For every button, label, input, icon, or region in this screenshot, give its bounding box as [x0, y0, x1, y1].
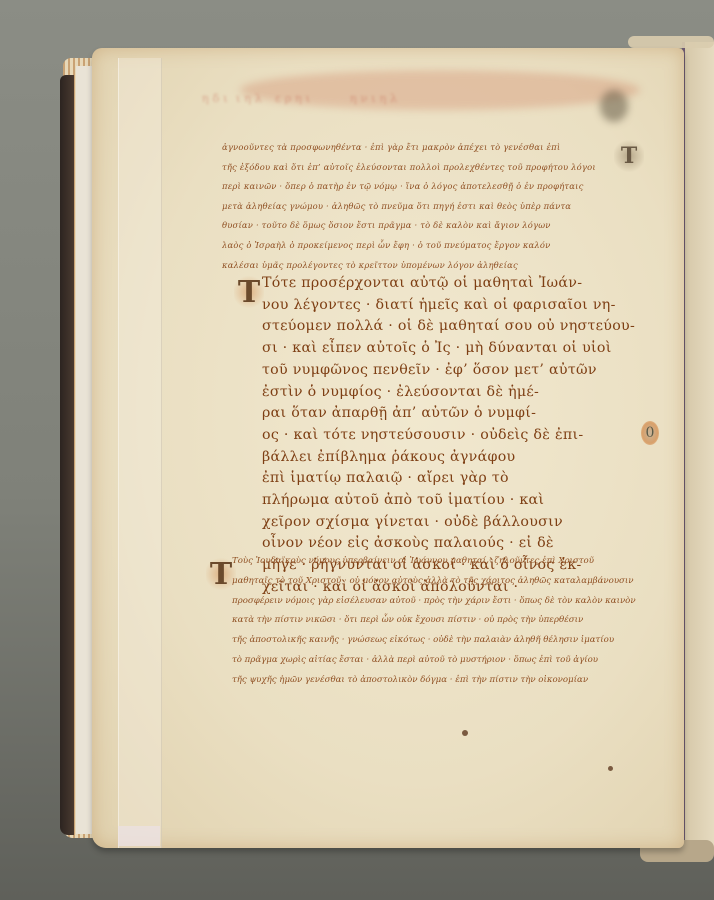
- commentary-line: μετὰ ἀληθείας γνώμου · ἀληθῶς τὸ πνεῦμα …: [222, 197, 642, 217]
- text-line: ἐστὶν ὁ νυμφίος · ἐλεύσονται δὲ ἡμέ-: [262, 382, 642, 404]
- text-line: ος · καὶ τότε νηστεύσουσιν · οὐδεὶς δὲ ἐ…: [262, 425, 642, 447]
- commentary-line: μαθηταῖς τὸ τοῦ Χριστοῦ · οὐ μόνον αὐτοὺ…: [232, 572, 662, 592]
- text-line: νου λέγοντες · διατί ἡμεῖς καὶ οἱ φαρισα…: [262, 295, 642, 317]
- frayed-binding-top: [628, 36, 714, 48]
- offset-mark: ιηλ: [236, 92, 266, 105]
- offset-mark: ηνιηλ: [350, 92, 401, 105]
- commentary-line: θυσίαν · τοῦτο δὲ ὅμως ὅσιον ἔστι πρᾶγμα…: [222, 216, 642, 236]
- commentary-line: τὸ πρᾶγμα χωρὶς αἰτίας ἔσται · ἀλλὰ περὶ…: [232, 651, 662, 671]
- ink-blot: [600, 90, 628, 122]
- text-line: στεύομεν πολλά · οἱ δὲ μαθηταί σου οὐ νη…: [262, 316, 642, 338]
- commentary-line: λαὸς ὁ Ἰσραὴλ ὁ προκείμενος περὶ ὧν ἔφη …: [222, 236, 642, 256]
- commentary-line: τῆς ἀποστολικῆς καινῆς · γνώσεως εἰκότως…: [232, 631, 662, 651]
- commentary-bottom: Τοὺς Ἰουδαϊκοὺς νόμους ὑπερβαίνειν οἱ Ἰω…: [232, 552, 662, 691]
- commentary-line: ἀγνοοῦντες τὰ προσφωνηθέντα · ἐπὶ γὰρ ἔτ…: [222, 138, 642, 158]
- text-line: βάλλει ἐπίβλημα ῥάκους ἀγνάφου: [262, 447, 642, 469]
- commentary-line: τῆς ἐξόδου καὶ ὅτι ἐπ’ αὐτοῖς ἐλεύσονται…: [222, 158, 642, 178]
- text-line: τοῦ νυμφῶνος πενθεῖν · ἐφ’ ὅσον μετ’ αὐτ…: [262, 360, 642, 382]
- text-line: πλήρωμα αὐτοῦ ἀπὸ τοῦ ἱματίου · καὶ: [262, 490, 642, 512]
- commentary-line: Τοὺς Ἰουδαϊκοὺς νόμους ὑπερβαίνειν οἱ Ἰω…: [232, 552, 662, 572]
- commentary-line: περὶ καινῶν · ὅπερ ὁ πατὴρ ἐν τῷ νόμῳ · …: [222, 177, 642, 197]
- repair-tape-tip: [118, 826, 160, 846]
- text-line: ραι ὅταν ἀπαρθῇ ἀπ’ αὐτῶν ὁ νυμφί-: [262, 403, 642, 425]
- text-line: χεῖρον σχίσμα γίνεται · οὐδὲ βάλλουσιν: [262, 512, 642, 534]
- commentary-line: κατὰ τὴν πίστιν νικῶσι · ὅτι περὶ ὧν οὐκ…: [232, 611, 662, 631]
- book-cover-edge: [60, 75, 74, 835]
- foxing-spot: [608, 766, 613, 771]
- repair-tape: [118, 58, 162, 848]
- commentary-top: ἀγνοοῦντες τὰ προσφωνηθέντα · ἐπὶ γὰρ ἔτ…: [222, 138, 642, 275]
- facing-page-edge: [682, 42, 714, 854]
- manuscript-photo: ηδι ιηλ ερηι ηνιηλ 0 Τ ἀγνοοῦντες τὰ προ…: [0, 0, 714, 900]
- offset-mark: ηδι: [202, 92, 232, 105]
- commentary-line: προσφέρειν νόμοις γὰρ εἰσέλευσαν αὐτοῦ ·…: [232, 592, 662, 612]
- foxing-spot: [462, 730, 468, 736]
- main-text-initial: Τ: [234, 274, 264, 310]
- text-line: σι · καὶ εἶπεν αὐτοῖς ὁ Ἰς · μὴ δύνανται…: [262, 338, 642, 360]
- text-line: ἐπὶ ἱματίῳ παλαιῷ · αἴρει γὰρ τὸ: [262, 468, 642, 490]
- text-line: Τότε προσέρχονται αὐτῷ οἱ μαθηταὶ Ἰωάν-: [262, 273, 642, 295]
- main-gospel-text: Τότε προσέρχονται αὐτῷ οἱ μαθηταὶ Ἰωάν- …: [262, 273, 642, 599]
- commentary-line: τῆς ψυχῆς ἡμῶν γενέσθαι τὸ ἀποστολικὸν δ…: [232, 671, 662, 691]
- margin-mark: 0: [641, 421, 659, 445]
- offset-mark: ερηι: [275, 92, 314, 105]
